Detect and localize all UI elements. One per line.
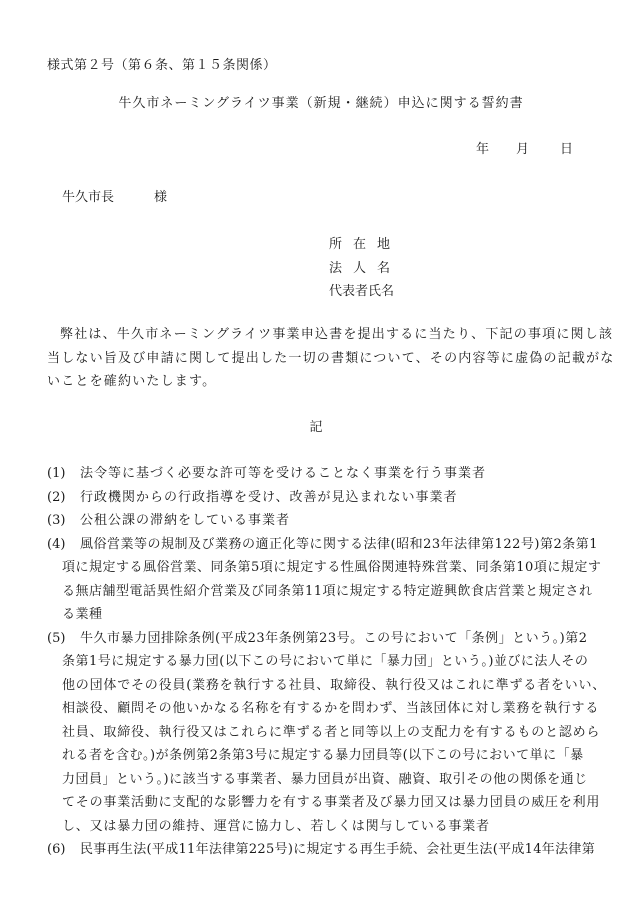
list-item-4: (4) 風俗営業等の規制及び業務の適正化等に関する法律(昭和23年法律第122号… <box>47 533 587 627</box>
applicant-fields: 所在地 法人名 代表者氏名 <box>329 237 401 308</box>
item-line: る業種 <box>47 603 587 627</box>
list-item-1: (1) 法令等に基づく必要な許可等を受けることなく事業を行う事業者 <box>47 462 587 486</box>
pledge-line: いことを確約いたします。 <box>47 370 587 394</box>
pledge-paragraph: 弊社は、牛久市ネーミングライツ事業申込書を提出するに当たり、下記の事項に関し該 … <box>47 323 587 394</box>
list-item-3: (3) 公租公課の滞納をしている事業者 <box>47 509 587 533</box>
day-label: 日 <box>560 142 573 158</box>
item-line: 民事再生法(平成11年法律第225号)に規定する再生手続、会社更生法(平成14年… <box>47 838 587 862</box>
pledge-line: 弊社は、牛久市ネーミングライツ事業申込書を提出するに当たり、下記の事項に関し該 <box>47 323 587 347</box>
item-number: (1) <box>47 462 79 486</box>
item-number: (6) <box>47 838 79 862</box>
pledge-line: 当しない旨及び申請に関して提出した一切の書類について、その内容等に虚偽の記載がな <box>47 347 587 371</box>
list-item-5: (5) 牛久市暴力団排除条例(平成23年条例第23号。この号において「条例」とい… <box>47 627 587 839</box>
item-line: 他の団体でその役員(業務を執行する社員、取締役、執行役又はこれに準ずる者をいい、 <box>47 674 587 698</box>
ki-heading: 記 <box>0 420 630 436</box>
list-item-6: (6) 民事再生法(平成11年法律第225号)に規定する再生手続、会社更生法(平… <box>47 838 587 862</box>
item-line: 行政機関からの行政指導を受け、改善が見込まれない事業者 <box>47 486 587 510</box>
item-line: 力団員」という。)に該当する事業者、暴力団員が出資、融資、取引その他の関係を通じ <box>47 768 587 792</box>
item-line: し、又は暴力団の維持、運営に協力し、若しくは関与している事業者 <box>47 815 587 839</box>
item-line: 相談役、顧問その他いかなる名称を有するかを問わず、当該団体に対し業務を執行する <box>47 697 587 721</box>
item-line: 法令等に基づく必要な許可等を受けることなく事業を行う事業者 <box>47 462 587 486</box>
item-number: (2) <box>47 486 79 510</box>
item-number: (4) <box>47 533 79 557</box>
list-item-2: (2) 行政機関からの行政指導を受け、改善が見込まれない事業者 <box>47 486 587 510</box>
form-number: 様式第２号（第６条、第１５条関係） <box>47 58 277 74</box>
addressee: 牛久市長様 <box>62 190 167 206</box>
item-line: 社員、取締役、執行役又はこれらに準ずる者と同等以上の支配力を有するものと認めら <box>47 721 587 745</box>
item-number: (3) <box>47 509 79 533</box>
field-address-label: 所在地 <box>329 237 401 261</box>
month-label: 月 <box>516 142 560 158</box>
item-line: 項に規定する風俗営業、同条第5項に規定する性風俗関連特殊営業、同条第10項に規定… <box>47 556 587 580</box>
item-line: てその事業活動に支配的な影響力を有する事業者及び暴力団又は暴力団員の威圧を利用 <box>47 791 587 815</box>
item-line: る無店舗型電話異性紹介営業及び同条第11項に規定する特定遊興飲食店営業と規定され <box>47 580 587 604</box>
addressee-name: 牛久市長 <box>62 190 114 205</box>
field-company-name-label: 法人名 <box>329 261 401 285</box>
item-line: 条第1号に規定する暴力団(以下この号において単に「暴力団」という。)並びに法人そ… <box>47 650 587 674</box>
item-line: れる者を含む。)が条例第2条第3号に規定する暴力団員等(以下この号において単に「… <box>47 744 587 768</box>
item-line: 公租公課の滞納をしている事業者 <box>47 509 587 533</box>
conditions-list: (1) 法令等に基づく必要な許可等を受けることなく事業を行う事業者 (2) 行政… <box>47 462 587 862</box>
item-line: 牛久市暴力団排除条例(平成23年条例第23号。この号において「条例」という。)第… <box>47 627 587 651</box>
item-number: (5) <box>47 627 79 651</box>
addressee-honorific: 様 <box>154 190 167 205</box>
date-line: 年月日 <box>476 142 573 158</box>
item-line: 風俗営業等の規制及び業務の適正化等に関する法律(昭和23年法律第122号)第2条… <box>47 533 587 557</box>
field-representative-label: 代表者氏名 <box>329 284 401 308</box>
year-label: 年 <box>476 142 516 158</box>
document-title: 牛久市ネーミングライツ事業（新規・継続）申込に関する誓約書 <box>0 96 630 112</box>
